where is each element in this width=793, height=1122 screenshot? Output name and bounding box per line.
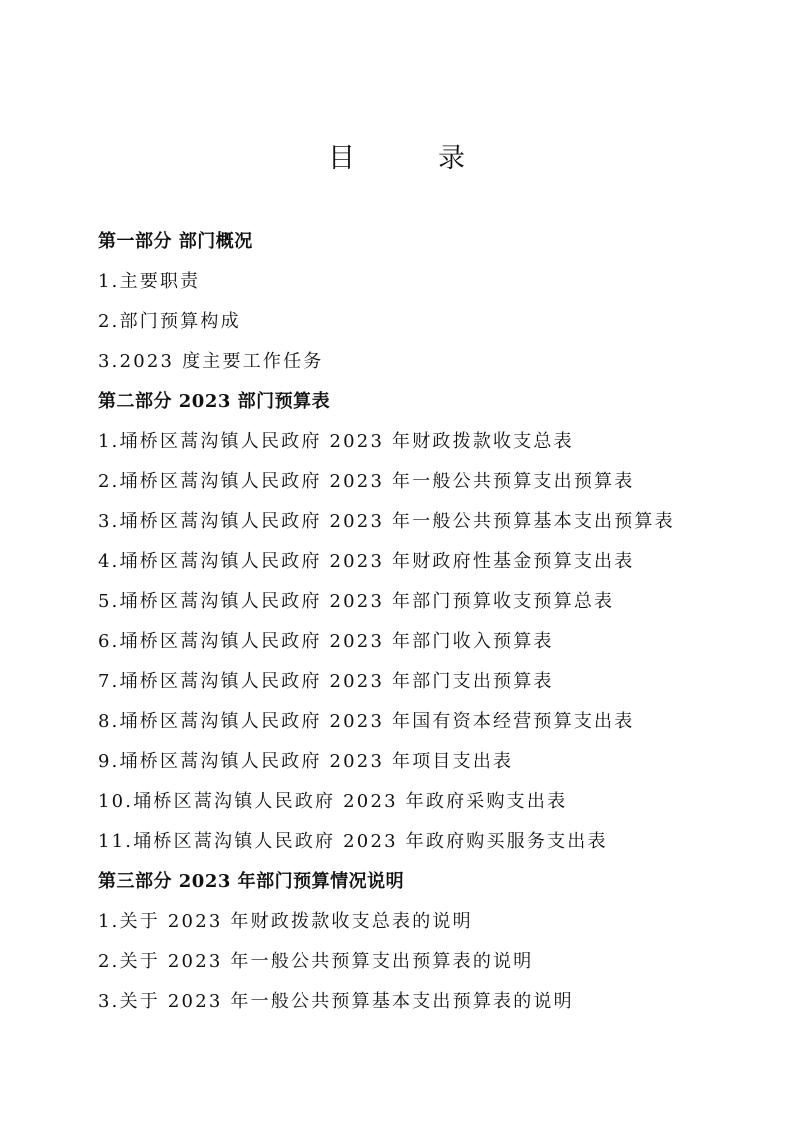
toc-item[interactable]: 3.埇桥区蒿沟镇人民政府 2023 年一般公共预算基本支出预算表 [98, 502, 675, 542]
toc-item[interactable]: 4.埇桥区蒿沟镇人民政府 2023 年财政府性基金预算支出表 [98, 542, 675, 582]
toc-item[interactable]: 1.埇桥区蒿沟镇人民政府 2023 年财政拨款收支总表 [98, 422, 675, 462]
toc-item[interactable]: 1.主要职责 [98, 262, 675, 302]
toc-item[interactable]: 2.部门预算构成 [98, 302, 675, 342]
toc-item[interactable]: 5.埇桥区蒿沟镇人民政府 2023 年部门预算收支预算总表 [98, 582, 675, 622]
toc-section-3[interactable]: 第三部分 2023 年部门预算情况说明 [98, 862, 675, 902]
toc-item[interactable]: 7.埇桥区蒿沟镇人民政府 2023 年部门支出预算表 [98, 662, 675, 702]
toc-section-2[interactable]: 第二部分 2023 部门预算表 [98, 382, 675, 422]
toc-item[interactable]: 6.埇桥区蒿沟镇人民政府 2023 年部门收入预算表 [98, 622, 675, 662]
page-title: 目 录 [0, 136, 793, 175]
table-of-contents: 第一部分 部门概况 1.主要职责 2.部门预算构成 3.2023 度主要工作任务… [98, 222, 675, 1022]
toc-item[interactable]: 2.埇桥区蒿沟镇人民政府 2023 年一般公共预算支出预算表 [98, 462, 675, 502]
toc-item[interactable]: 3.关于 2023 年一般公共预算基本支出预算表的说明 [98, 982, 675, 1022]
toc-section-1[interactable]: 第一部分 部门概况 [98, 222, 675, 262]
toc-item[interactable]: 8.埇桥区蒿沟镇人民政府 2023 年国有资本经营预算支出表 [98, 702, 675, 742]
toc-item[interactable]: 1.关于 2023 年财政拨款收支总表的说明 [98, 902, 675, 942]
toc-item[interactable]: 2.关于 2023 年一般公共预算支出预算表的说明 [98, 942, 675, 982]
toc-item[interactable]: 9.埇桥区蒿沟镇人民政府 2023 年项目支出表 [98, 742, 675, 782]
toc-item[interactable]: 11.埇桥区蒿沟镇人民政府 2023 年政府购买服务支出表 [98, 822, 675, 862]
toc-item[interactable]: 3.2023 度主要工作任务 [98, 342, 675, 382]
toc-item[interactable]: 10.埇桥区蒿沟镇人民政府 2023 年政府采购支出表 [98, 782, 675, 822]
